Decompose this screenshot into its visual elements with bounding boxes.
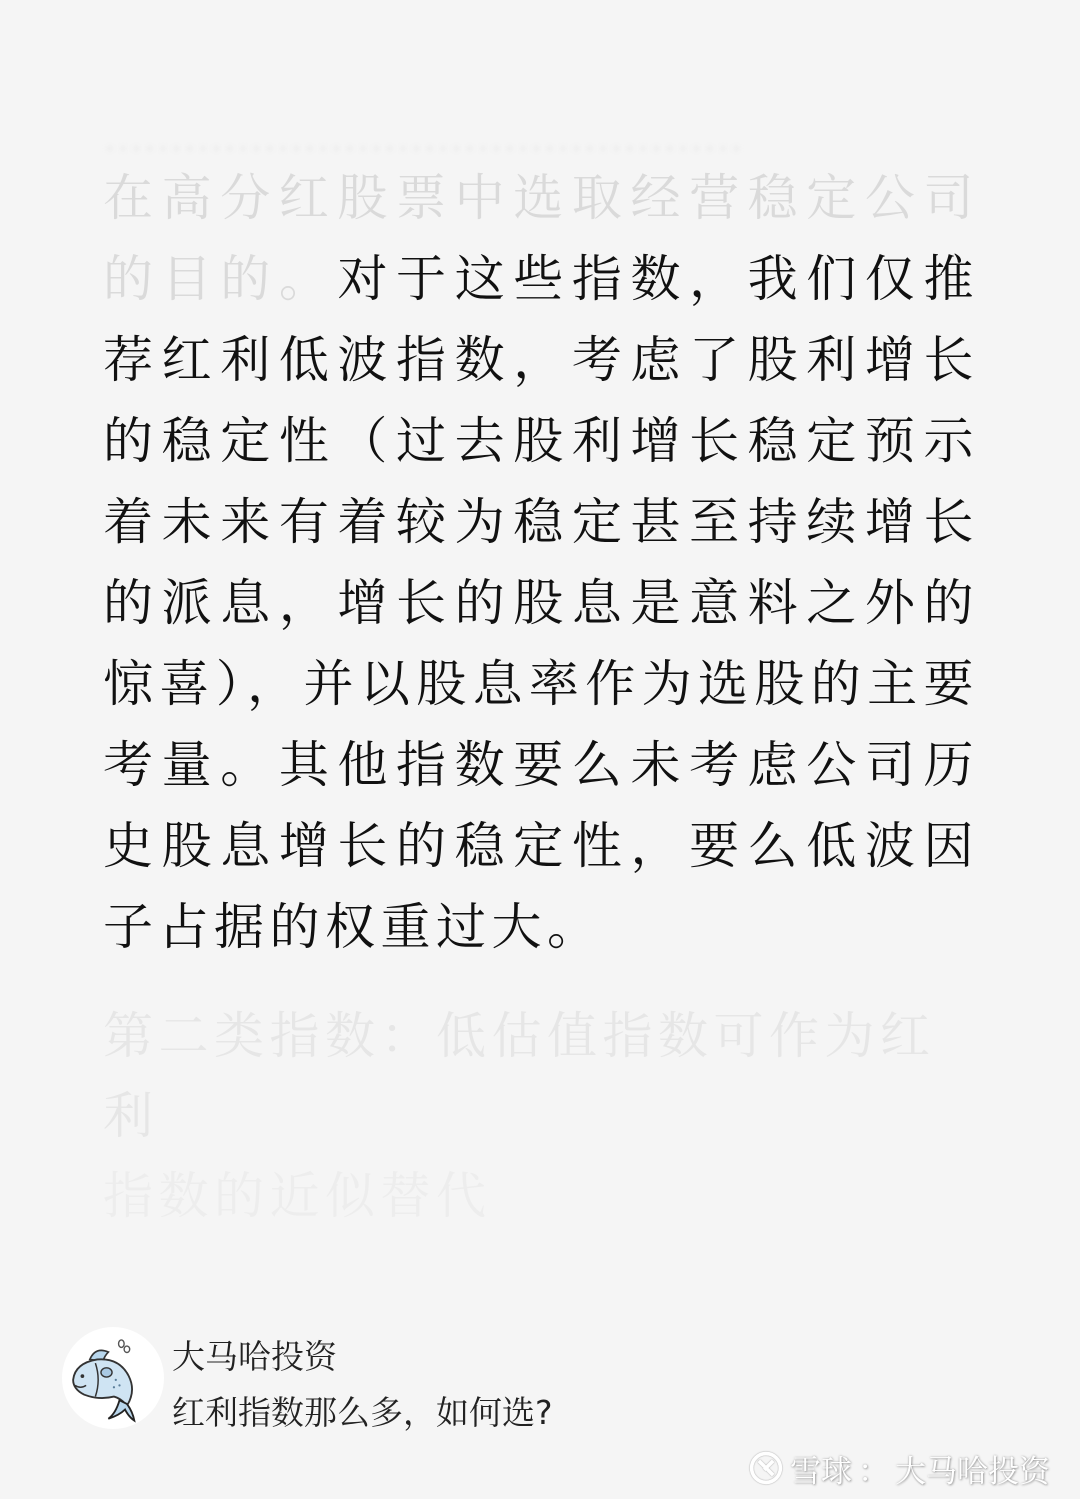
section-heading-line1: 第二类指数：低估值指数可作为红利: [103, 996, 979, 1156]
watermark-platform: 雪球: [790, 1446, 852, 1491]
fish-avatar-icon: [62, 1327, 164, 1429]
watermark-author: 大马哈投资: [895, 1446, 1050, 1491]
article-body: ………………………………………… 在高分红股票中选取经营稳定公司的目的。对于这些…: [103, 118, 979, 968]
author-name[interactable]: 大马哈投资: [172, 1335, 337, 1379]
section-heading: 第二类指数：低估值指数可作为红利 指数的近似替代: [103, 996, 979, 1236]
watermark: 雪球 ： 大马哈投资: [748, 1446, 1050, 1490]
article-paragraph: 在高分红股票中选取经营稳定公司的目的。对于这些指数，我们仅推荐红利低波指数，考虑…: [103, 158, 979, 968]
faded-previous-line: …………………………………………: [103, 118, 979, 158]
section-heading-line2: 指数的近似替代: [103, 1156, 979, 1236]
source-card[interactable]: 大马哈投资 红利指数那么多，如何选?: [62, 1327, 762, 1437]
article-title[interactable]: 红利指数那么多，如何选?: [172, 1391, 553, 1435]
paragraph-body-text: 对于这些指数，我们仅推荐红利低波指数，考虑了股利增长的稳定性（过去股利增长稳定预…: [103, 250, 979, 956]
watermark-separator: ：: [858, 1446, 889, 1491]
author-avatar[interactable]: [62, 1327, 164, 1429]
xueqiu-logo-icon: [748, 1450, 784, 1486]
